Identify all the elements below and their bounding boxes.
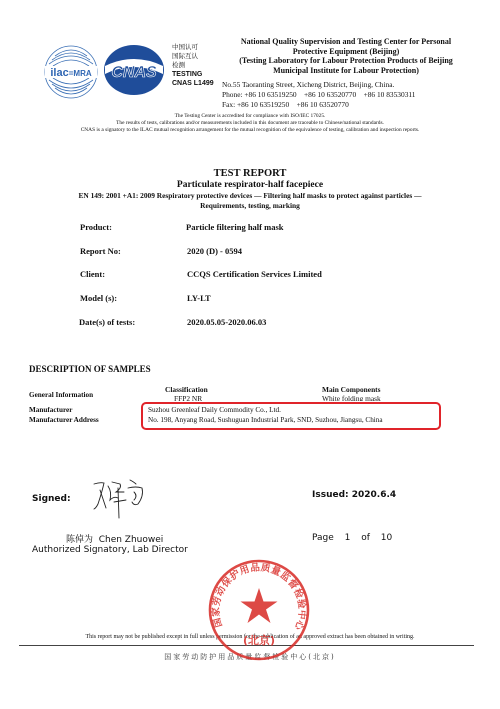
cnas-cn-line-1: 中国认可 [172,43,214,52]
manufacturer-value: Suzhou Greenleaf Daily Commodity Co., Lt… [148,406,281,414]
svg-text:ilac=MRA: ilac=MRA [50,67,91,79]
cnas-number: CNAS L1499 [172,79,214,88]
product-value: Particle filtering half mask [186,222,284,232]
model-value: LY-LT [187,293,211,303]
general-info-label: General Information [29,391,93,399]
manufacturer-label: Manufacturer [29,406,72,414]
classification-header: Classification [165,385,208,394]
cnas-logo: CNAS [103,44,165,96]
signer-role: Authorized Signatory, Lab Director [32,545,188,555]
org-lab-line-2: Municipal Institute for Labour Protectio… [222,66,470,76]
report-standard-line-2: Requirements, testing, marking [0,201,500,211]
org-name-line-1: National Quality Supervision and Testing… [222,37,470,47]
main-components-header: Main Components [322,385,381,394]
manufacturer-address-value: No. 198, Anyang Road, Sushuguan Industri… [148,416,383,424]
report-title-block: TEST REPORT Particulate respirator-half … [0,168,500,211]
signed-label: Signed: [32,494,71,504]
accreditation-line-3: CNAS is a signatory to the ILAC mutual r… [0,127,500,134]
cnas-cn-line-2: 国际互认 [172,52,214,61]
product-label: Product: [80,222,112,232]
report-no-label: Report No: [80,246,121,256]
accreditation-line-1: The Testing Center is accredited for com… [0,113,500,120]
main-components-value: White folding mask [322,394,381,401]
classification-value: FFP2 NR [174,394,202,401]
official-seal-stamp: 国家劳动保护用品质量监督检验中心 (北京) [207,558,311,662]
svg-text:CNAS: CNAS [111,64,157,81]
page-indicator: Page 1 of 10 [312,533,392,543]
manufacturer-address-label: Manufacturer Address [29,416,99,424]
signature-image [90,478,160,520]
report-subtitle: Particulate respirator-half facepiece [0,180,500,191]
cnas-testing: TESTING [172,70,214,79]
samples-section-title: DESCRIPTION OF SAMPLES [29,364,151,374]
cnas-cn-line-3: 检测 [172,61,214,70]
cnas-accreditation-block: 中国认可 国际互认 检测 TESTING CNAS L1499 [172,43,214,88]
stamp-city: (北京) [243,633,275,647]
test-dates-value: 2020.05.05-2020.06.03 [187,317,266,327]
org-phone: Phone: +86 10 63519250 +86 10 63520770 +… [222,90,470,100]
accreditation-statement: The Testing Center is accredited for com… [0,113,500,134]
org-address: No.55 Taoranting Street, Xicheng Distric… [222,80,470,90]
report-title: TEST REPORT [0,168,500,180]
report-no-value: 2020 (D) - 0594 [187,246,242,256]
org-name-line-2: Protective Equipment (Beijing) [222,47,470,57]
accreditation-line-2: The results of tests, calibrations and/o… [0,120,500,127]
organization-header: National Quality Supervision and Testing… [222,37,470,109]
model-label: Model (s): [80,293,117,303]
signer-name: 陈倬为 Chen Zhuowei [66,532,163,545]
report-standard-line-1: EN 149: 2001 +A1: 2009 Respiratory prote… [0,191,500,201]
org-contact: No.55 Taoranting Street, Xicheng Distric… [222,80,470,109]
client-value: CCQS Certification Services Limited [187,269,322,279]
org-lab-line-1: (Testing Laboratory for Labour Protectio… [222,56,470,66]
org-fax: Fax: +86 10 63519250 +86 10 63520770 [222,100,470,110]
ilac-mra-logo: ilac=MRA [43,44,99,100]
issued-date: Issued: 2020.6.4 [312,490,396,500]
client-label: Client: [80,269,105,279]
test-dates-label: Date(s) of tests: [79,317,135,327]
